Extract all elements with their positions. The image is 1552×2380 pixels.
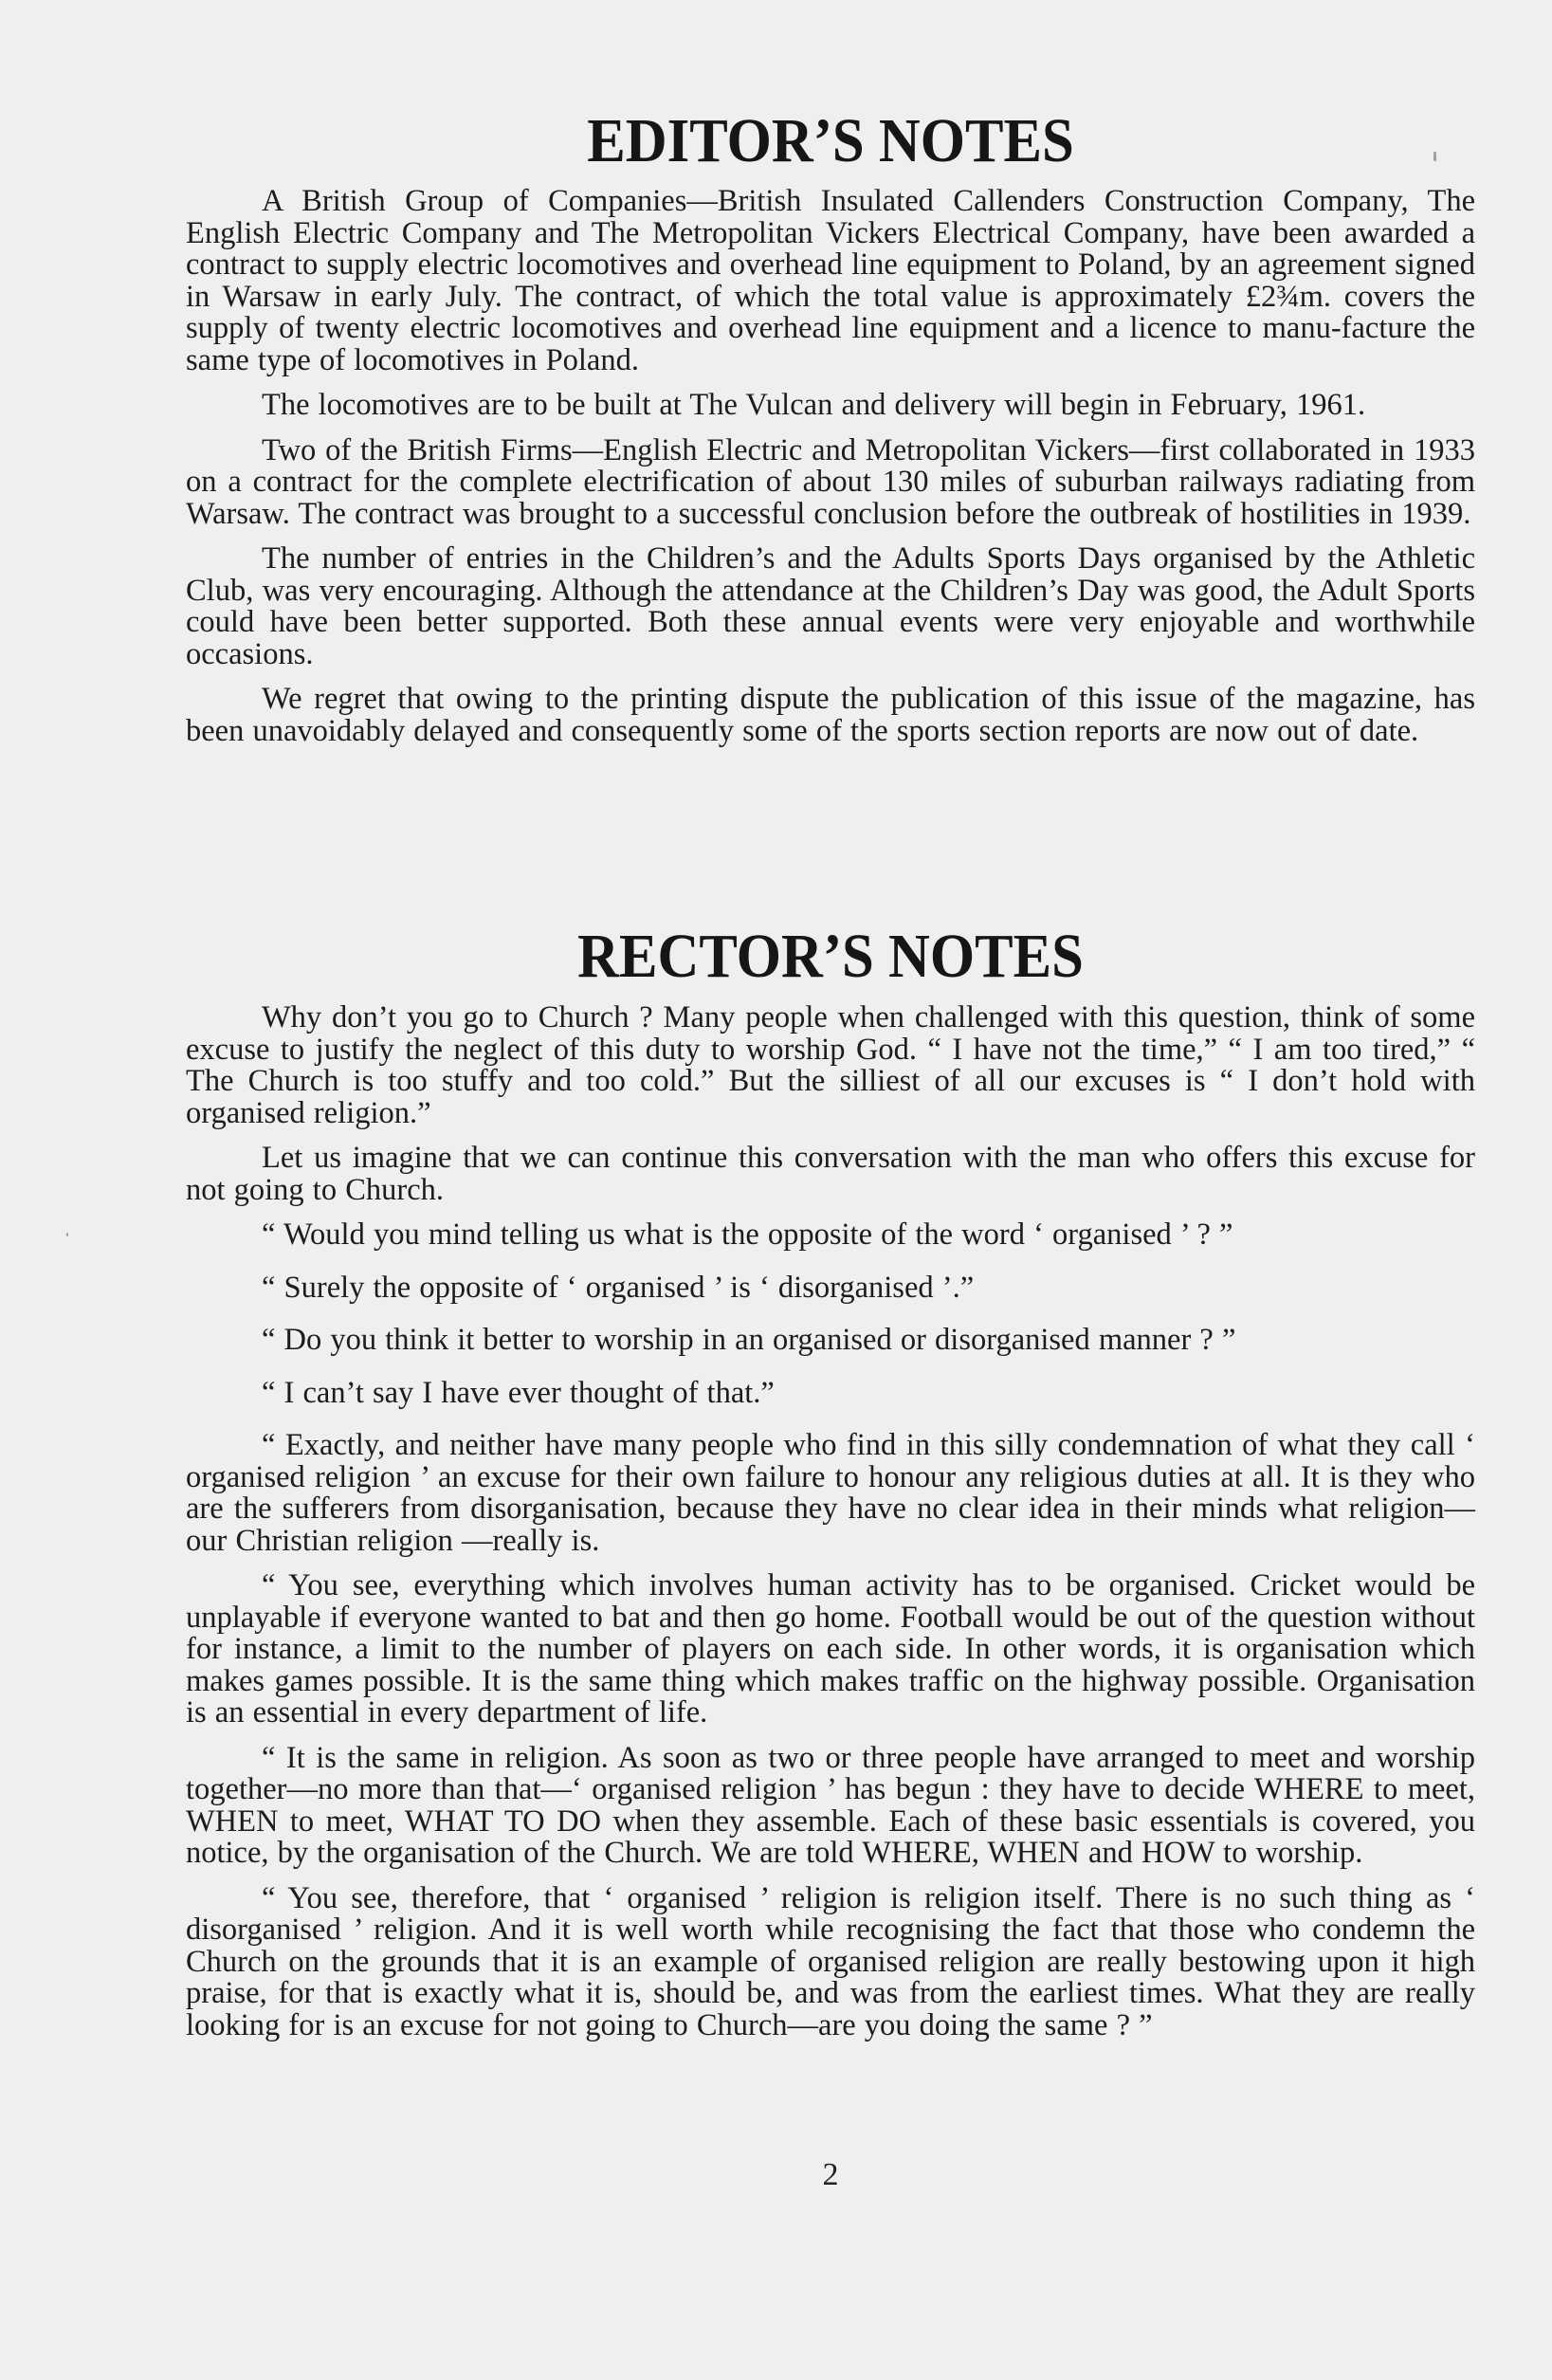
- rectors-dialogue-line: “ I can’t say I have ever thought of tha…: [186, 1378, 1475, 1410]
- editors-notes-heading: EDITOR’S NOTES: [237, 110, 1423, 173]
- rectors-paragraph-exactly: “ Exactly, and neither have many people …: [186, 1430, 1475, 1557]
- editors-paragraph-sports-days: The number of entries in the Children’s …: [186, 543, 1475, 670]
- rectors-dialogue-line: “ Would you mind telling us what is the …: [186, 1219, 1475, 1252]
- rectors-paragraph-organised-activity: “ You see, everything which involves hum…: [186, 1570, 1475, 1730]
- rectors-paragraph-imagine: Let us imagine that we can continue this…: [186, 1143, 1475, 1206]
- editors-paragraph-collaboration: Two of the British Firms—English Electri…: [186, 435, 1475, 531]
- rectors-paragraph-same-in-religion: “ It is the same in religion. As soon as…: [186, 1743, 1475, 1870]
- rectors-dialogue-line: “ Surely the opposite of ‘ organised ’ i…: [186, 1272, 1475, 1305]
- scan-speck: [1433, 152, 1436, 161]
- editors-paragraph-contract: A British Group of Companies—British Ins…: [186, 186, 1475, 376]
- editors-notes-body: A British Group of Companies—British Ins…: [186, 186, 1475, 760]
- rectors-dialogue-line: “ Do you think it better to worship in a…: [186, 1325, 1475, 1357]
- rectors-paragraph-conclusion: “ You see, therefore, that ‘ organised ’…: [186, 1883, 1475, 2042]
- rectors-notes-heading: RECTOR’S NOTES: [237, 925, 1423, 988]
- scan-speck: [66, 1233, 68, 1236]
- editors-paragraph-printing-dispute: We regret that owing to the printing dis…: [186, 684, 1475, 747]
- rectors-paragraph-intro: Why don’t you go to Church ? Many people…: [186, 1002, 1475, 1129]
- rectors-notes-body: Why don’t you go to Church ? Many people…: [186, 1002, 1475, 2055]
- editors-paragraph-locomotives: The locomotives are to be built at The V…: [186, 390, 1475, 422]
- page-number: 2: [186, 2157, 1475, 2193]
